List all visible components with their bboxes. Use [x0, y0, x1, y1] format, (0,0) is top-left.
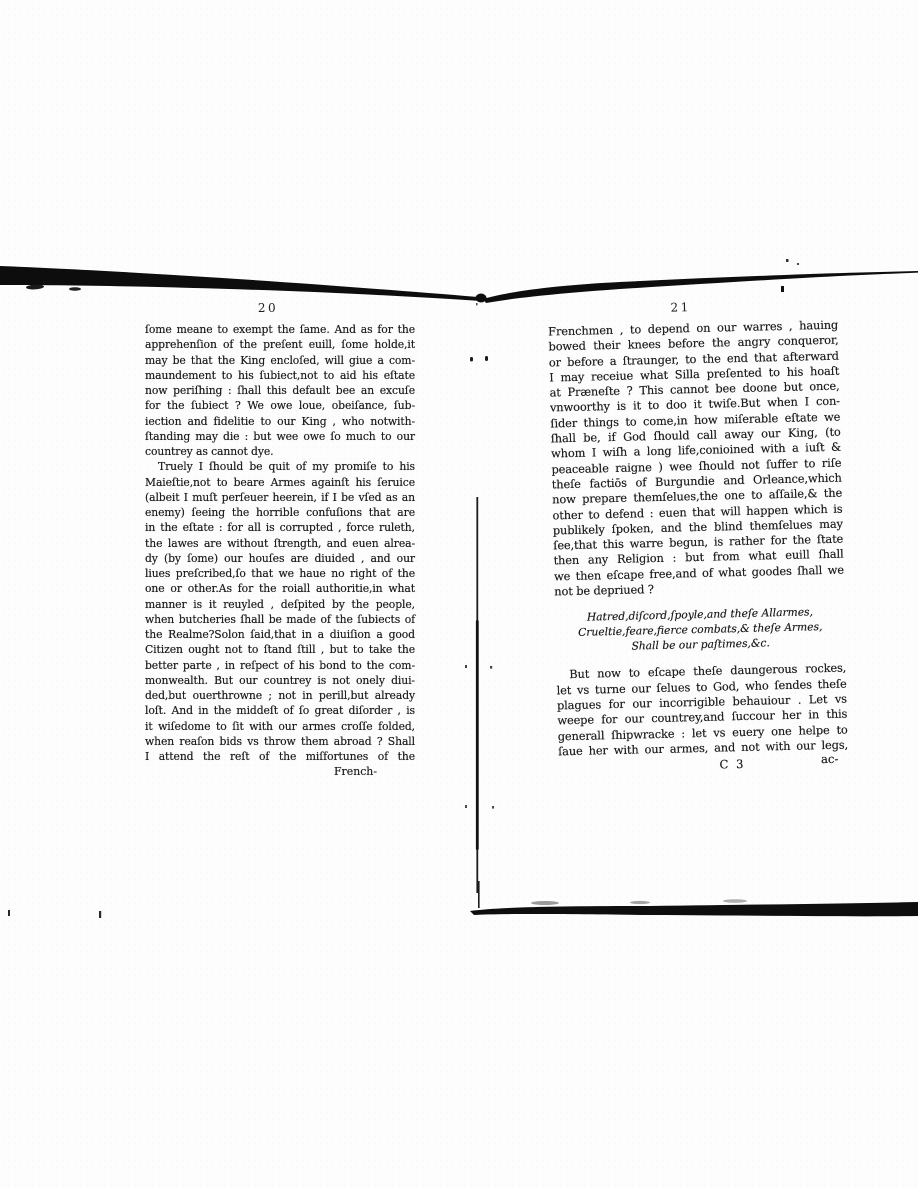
text-line: enemy) ſeeing the horrible confuſions th… — [145, 505, 415, 520]
text-line: may be that the King encloſed, will giue… — [145, 353, 415, 368]
text-line: countrey as cannot dye. — [145, 444, 415, 459]
page-number-left: 20 — [133, 300, 403, 316]
text-line: for the ſubiect ? We owe loue, obeiſance… — [145, 398, 415, 413]
right-text-block-para1: Frenchmen , to depend on our warres , ha… — [548, 318, 844, 600]
text-line: when reaſon bids vs throw them abroad ? … — [145, 734, 415, 749]
text-line: one or other.As for the roiall authoriti… — [145, 581, 415, 596]
text-line: better parte , in reſpect of his bond to… — [145, 658, 415, 673]
text-line: Truely I ſhould be quit of my promiſe to… — [145, 459, 415, 474]
text-line: Maieſtie,not to beare Armes againſt his … — [145, 475, 415, 490]
text-line: now periſhing : ſhall this default bee a… — [145, 383, 415, 398]
text-line: the lawes are without ſtrength, and euen… — [145, 536, 415, 551]
text-line: ſome meane to exempt the ſame. And as fo… — [145, 322, 415, 337]
text-line: liues preſcribed,ſo that we haue no righ… — [145, 566, 415, 581]
text-line: (albeit I muſt perſeuer heerein, if I be… — [145, 490, 415, 505]
catchword-right: ac- — [821, 752, 839, 766]
text-line: loſt. And in the middeſt of ſo great diſ… — [145, 703, 415, 718]
book-scan-spread: 20 ſome meane to exempt the ſame. And as… — [0, 0, 918, 1188]
right-verse-block: Hatred,diſcord,ſpoyle,and theſe Allarmes… — [555, 604, 846, 656]
left-page: 20 ſome meane to exempt the ſame. And as… — [145, 300, 415, 779]
text-line: when butcheries ſhall be made of the ſub… — [145, 612, 415, 627]
text-line: in the eſtate : for all is corrupted , f… — [145, 520, 415, 535]
left-text-block: ſome meane to exempt the ſame. And as fo… — [145, 322, 415, 764]
right-page: 21 Frenchmen , to depend on our warres ,… — [548, 296, 849, 778]
text-line: monwealth. But our countrey is not onely… — [145, 673, 415, 688]
text-line: maundement to his ſubiect,not to aid his… — [145, 368, 415, 383]
catchword-left: French- — [145, 764, 415, 779]
text-line: ſtanding may die : but wee owe ſo much t… — [145, 429, 415, 444]
text-line: dy (by ſome) our houſes are diuided , an… — [145, 551, 415, 566]
text-line: the Realme?Solon ſaid,that in a diuiſion… — [145, 627, 415, 642]
text-line: it wiſedome to ſit with our armes croſſe… — [145, 719, 415, 734]
text-line: I attend the reſt of the miſfortunes of … — [145, 749, 415, 764]
text-line: ded,but ouerthrowne ; not in perill,but … — [145, 688, 415, 703]
right-text-block-para2: But now to eſcape theſe daungerous rocke… — [556, 661, 848, 760]
signature-mark: C 3 — [719, 757, 745, 772]
text-line: iection and fidelitie to our King , who … — [145, 414, 415, 429]
text-line: Citizen ought not to ſtand ſtill , but t… — [145, 642, 415, 657]
text-line: manner is it reuyled , deſpited by the p… — [145, 597, 415, 612]
text-line: apprehenſion of the preſent euill, ſome … — [145, 337, 415, 352]
